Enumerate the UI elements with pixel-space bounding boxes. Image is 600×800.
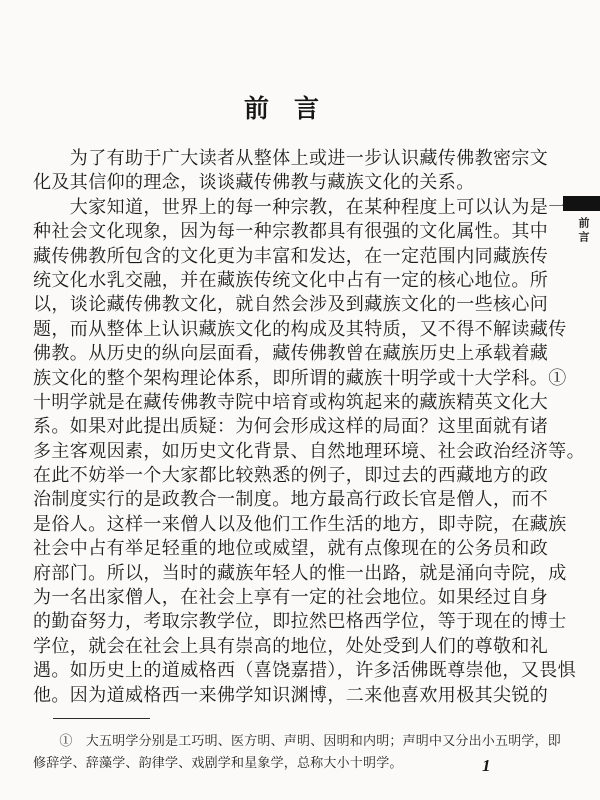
text-line: 以，谈论藏传佛教文化，就自然会涉及到藏族文化的一些核心问 xyxy=(33,292,553,316)
text-line: 佛教。从历史的纵向层面看，藏传佛教曾在藏族历史上承载着藏 xyxy=(33,341,553,365)
book-page: 前 言 为了有助于广大读者从整体上或进一步认识藏传佛教密宗文化及其信仰的理念，谈… xyxy=(0,0,600,800)
page-title: 前 言 xyxy=(33,89,530,125)
text-line: 为一名出家僧人，在社会上享有一定的社会地位。如果经过自身 xyxy=(33,585,553,609)
page-number: 1 xyxy=(482,756,491,776)
text-line: 题，而从整体上认识藏族文化的构成及其特质，又不得不解读藏传 xyxy=(33,317,553,341)
text-line: 府部门。所以，当时的藏族年轻人的惟一出路，就是涌向寺院，成 xyxy=(33,561,553,585)
text-line: 治制度实行的是政教合一制度。地方最高行政长官是僧人，而不 xyxy=(33,487,553,511)
text-line: 藏传佛教所包含的文化更为丰富和发达，在一定范围内同藏族传 xyxy=(33,244,553,268)
text-line: 为了有助于广大读者从整体上或进一步认识藏传佛教密宗文 xyxy=(33,146,553,170)
text-line: 统文化水乳交融，并在藏族传统文化中占有一定的核心地位。所 xyxy=(33,268,553,292)
thumb-index-label: 前言 xyxy=(575,217,591,245)
footnote-line: ① 大五明学分别是工巧明、医方明、声明、因明和内明；声明中又分出小五明学，即 xyxy=(33,730,558,752)
thumb-index-tab xyxy=(563,196,600,211)
footnote-divider xyxy=(53,718,150,719)
text-line: 学位，就会在社会上具有崇高的地位，处处受到人们的尊敬和礼 xyxy=(33,634,553,658)
text-line: 族文化的整个架构理论体系，即所谓的藏族十明学或十大学科。① xyxy=(33,366,553,390)
text-line: 他。因为道威格西一来佛学知识渊博，二来他喜欢用极其尖锐的 xyxy=(33,683,553,707)
text-line: 在此不妨举一个大家都比较熟悉的例子，即过去的西藏地方的政 xyxy=(33,463,553,487)
footnote: ① 大五明学分别是工巧明、医方明、声明、因明和内明；声明中又分出小五明学，即修辞… xyxy=(33,730,558,773)
body-text: 为了有助于广大读者从整体上或进一步认识藏传佛教密宗文化及其信仰的理念，谈谈藏传佛… xyxy=(33,146,553,707)
text-line: 种社会文化现象，因为每一种宗教都具有很强的文化属性。其中 xyxy=(33,219,553,243)
text-line: 大家知道，世界上的每一种宗教，在某种程度上可以认为是一 xyxy=(33,195,553,219)
text-line: 是俗人。这样一来僧人以及他们工作生活的地方，即寺院，在藏族 xyxy=(33,512,553,536)
text-line: 十明学就是在藏传佛教寺院中培育或构筑起来的藏族精英文化大 xyxy=(33,390,553,414)
footnote-line: 修辞学、辞藻学、韵律学、戏剧学和星象学，总称大小十明学。 xyxy=(33,752,558,774)
text-line: 社会中占有举足轻重的地位或威望，就有点像现在的公务员和政 xyxy=(33,536,553,560)
text-line: 化及其信仰的理念，谈谈藏传佛教与藏族文化的关系。 xyxy=(33,170,553,194)
text-line: 系。如果对此提出质疑：为何会形成这样的局面？这里面就有诸 xyxy=(33,414,553,438)
text-line: 遇。如历史上的道威格西（喜饶嘉措），许多活佛既尊崇他，又畏惧 xyxy=(33,658,553,682)
text-line: 多主客观因素，如历史文化背景、自然地理环境、社会政治经济等。 xyxy=(33,439,553,463)
text-line: 的勤奋努力，考取宗教学位，即拉然巴格西学位，等于现在的博士 xyxy=(33,609,553,633)
